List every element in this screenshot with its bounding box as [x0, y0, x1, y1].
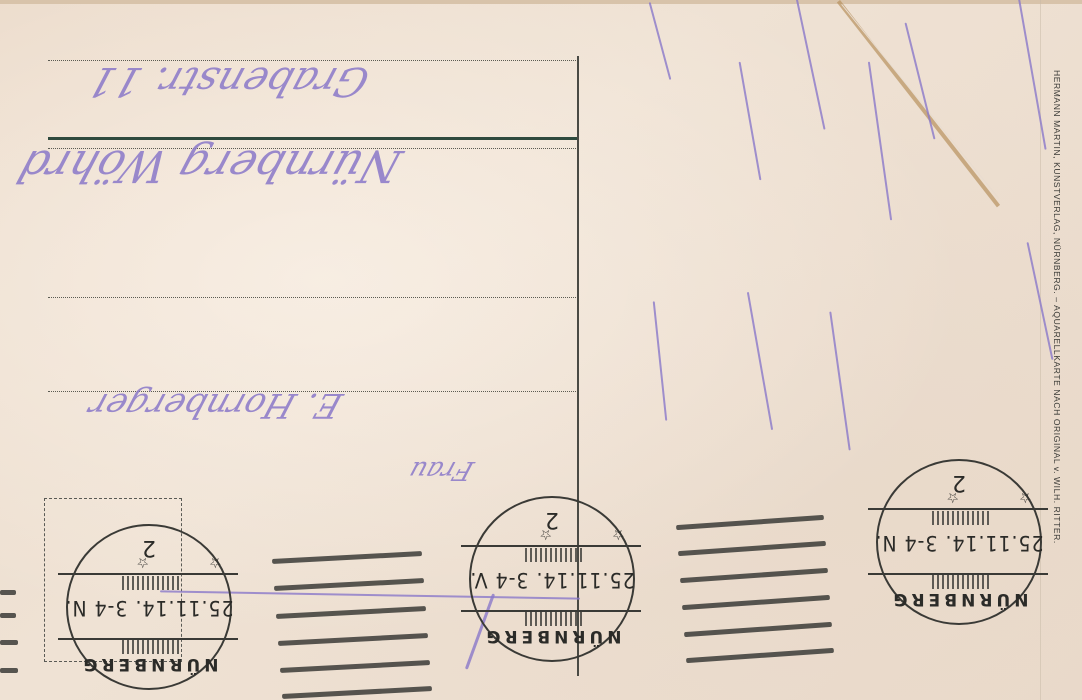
handwritten-note: Frau	[405, 455, 477, 485]
ink-stroke	[794, 0, 825, 130]
postmark-right: NÜRNBERG 25.11.14. 3-4 N. ☆☆ 2	[862, 445, 1052, 635]
publisher-imprint: HERMANN MARTIN, KUNSTVERLAG, NÜRNBERG. –…	[1052, 70, 1062, 544]
postmark-office-number: 2	[459, 507, 645, 532]
postmark-date: 25.11.14. 3-4 N.	[866, 531, 1052, 555]
handwritten-sender: E. Hornberger	[84, 385, 348, 425]
ink-stroke	[868, 62, 892, 221]
ink-stroke	[829, 312, 850, 451]
paper-crease	[837, 0, 1000, 207]
postmark-office-number: 2	[866, 470, 1052, 495]
ink-stroke	[905, 23, 936, 140]
handwritten-address-1: Grabenstr. 11	[83, 58, 376, 104]
postmark-city: NÜRNBERG	[56, 654, 242, 674]
ink-stroke	[747, 292, 773, 430]
postmark-city: NÜRNBERG	[459, 626, 645, 646]
card-edge	[0, 0, 1082, 4]
ink-stroke	[1013, 0, 1046, 150]
postmark-date: 25.11.14. 3-4 N.	[56, 596, 242, 620]
ink-stroke	[649, 2, 672, 80]
handwritten-address-2: Nürnberg Wöhrd	[12, 140, 408, 191]
postmark-date: 25.11.14. 3-4 V.	[459, 568, 645, 592]
address-line-3	[48, 297, 576, 298]
paper-crease-highlight	[841, 4, 999, 199]
ink-stroke	[739, 62, 762, 181]
postmark-city: NÜRNBERG	[866, 589, 1052, 609]
postcard: HERMANN MARTIN, KUNSTVERLAG, NÜRNBERG. –…	[0, 0, 1082, 700]
ink-stroke	[653, 301, 668, 421]
postmark-office-number: 2	[56, 535, 242, 560]
postmark-left: NÜRNBERG 25.11.14. 3-4 N. ☆☆ 2	[52, 510, 242, 700]
postmark-center: NÜRNBERG 25.11.14. 3-4 V. ☆☆ 2	[455, 482, 645, 672]
